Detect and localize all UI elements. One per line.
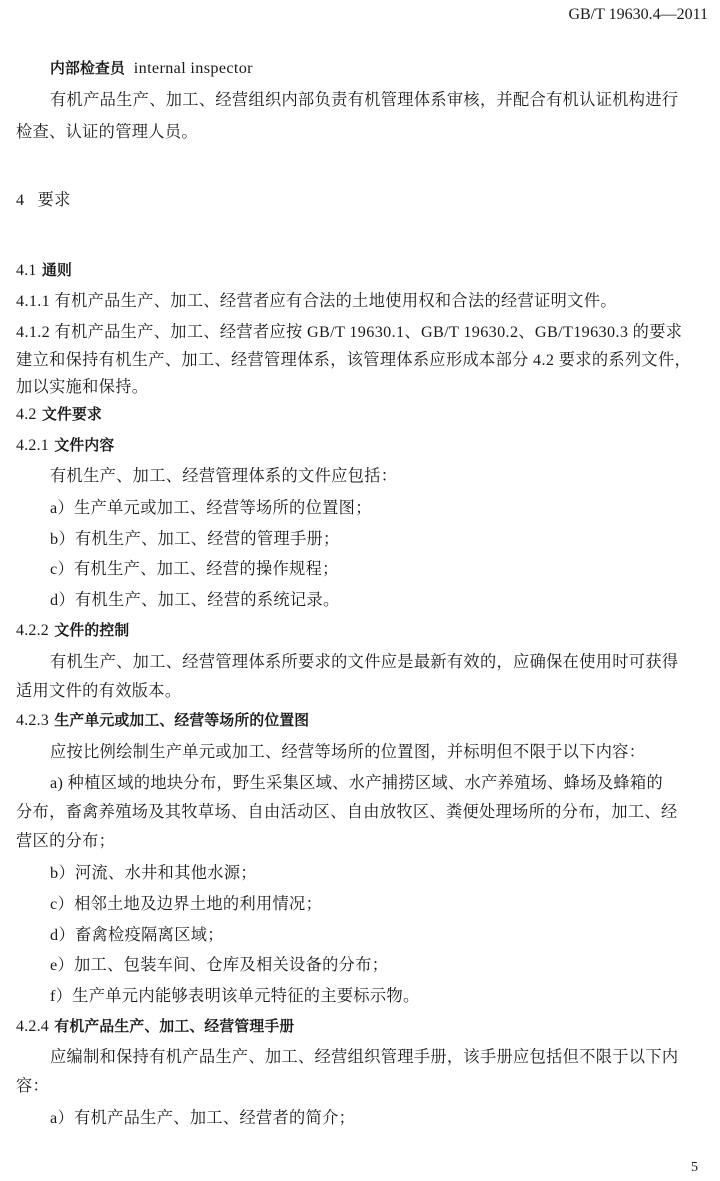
standard-code-header: GB/T 19630.4—2011 [568, 6, 708, 24]
clause-4-2-3-intro: 应按比例绘制生产单元或加工、经营等场所的位置图，并标明但不限于以下内容： [50, 742, 645, 762]
list-item: b）有机生产、加工、经营的管理手册； [50, 529, 340, 549]
clause-4-1-2-line1: 4.1.2 有机产品生产、加工、经营者应按 GB/T 19630.1、GB/T … [16, 322, 682, 342]
term-definition-line2: 检查、认证的管理人员。 [16, 122, 198, 142]
clause-4-2-2-line1: 有机生产、加工、经营管理体系所要求的文件应是最新有效的，应确保在使用时可获得 [50, 652, 678, 672]
term-title-cn: 内部检查员 [50, 60, 125, 77]
clause-4-2-3-heading: 4.2.3 生产单元或加工、经营等场所的位置图 [16, 711, 309, 731]
list-item: d）畜禽检疫隔离区域； [50, 925, 224, 945]
clause-4-2-4-line1: 应编制和保持有机产品生产、加工、经营组织管理手册，该手册应包括但不限于以下内 [50, 1047, 678, 1067]
term-definition-line1: 有机产品生产、加工、经营组织内部负责有机管理体系审核，并配合有机认证机构进行 [50, 90, 678, 110]
term-heading: 内部检查员 internal inspector [50, 58, 253, 79]
clause-4-2-2-line2: 适用文件的有效版本。 [16, 681, 181, 701]
list-item: a）有机产品生产、加工、经营者的简介； [50, 1108, 355, 1128]
clause-4-2-4-line2: 容： [16, 1076, 49, 1096]
section-4-2-heading: 4.2 文件要求 [16, 405, 102, 425]
list-item: a）生产单元或加工、经营等场所的位置图； [50, 498, 372, 518]
clause-4-2-4-heading: 4.2.4 有机产品生产、加工、经营管理手册 [16, 1017, 294, 1037]
list-item: f）生产单元内能够表明该单元特征的主要标示物。 [50, 986, 420, 1006]
list-item: e）加工、包装车间、仓库及相关设备的分布； [50, 955, 388, 975]
list-item-a-line3: 营区的分布； [16, 831, 115, 851]
list-item: d）有机生产、加工、经营的系统记录。 [50, 590, 340, 610]
list-item-a-line2: 分布，畜禽养殖场及其牧草场、自由活动区、自由放牧区、粪便处理场所的分布，加工、经 [16, 802, 678, 822]
clause-4-2-1-intro: 有机生产、加工、经营管理体系的文件应包括： [50, 466, 397, 486]
list-item: c）相邻土地及边界土地的利用情况； [50, 894, 322, 914]
clause-4-1-1: 4.1.1 有机产品生产、加工、经营者应有合法的土地使用权和合法的经营证明文件。 [16, 291, 617, 311]
clause-4-2-2-heading: 4.2.2 文件的控制 [16, 621, 129, 641]
list-item: b）河流、水井和其他水源； [50, 863, 257, 883]
page-number: 5 [691, 1160, 698, 1176]
list-item: c）有机生产、加工、经营的操作规程； [50, 559, 339, 579]
clause-4-2-1-heading: 4.2.1 文件内容 [16, 436, 114, 456]
term-title-en: internal inspector [134, 59, 253, 77]
list-item-a-line1: a) 种植区域的地块分布，野生采集区域、水产捕捞区域、水产养殖场、蜂场及蜂箱的 [50, 773, 663, 793]
clause-4-1-2-line3: 加以实施和保持。 [16, 377, 148, 397]
clause-4-1-2-line2: 建立和保持有机生产、加工、经营管理体系，该管理体系应形成本部分 4.2 要求的系… [16, 350, 691, 370]
section-4-heading: 4 要求 [16, 190, 71, 210]
section-4-1-heading: 4.1 通则 [16, 261, 72, 281]
